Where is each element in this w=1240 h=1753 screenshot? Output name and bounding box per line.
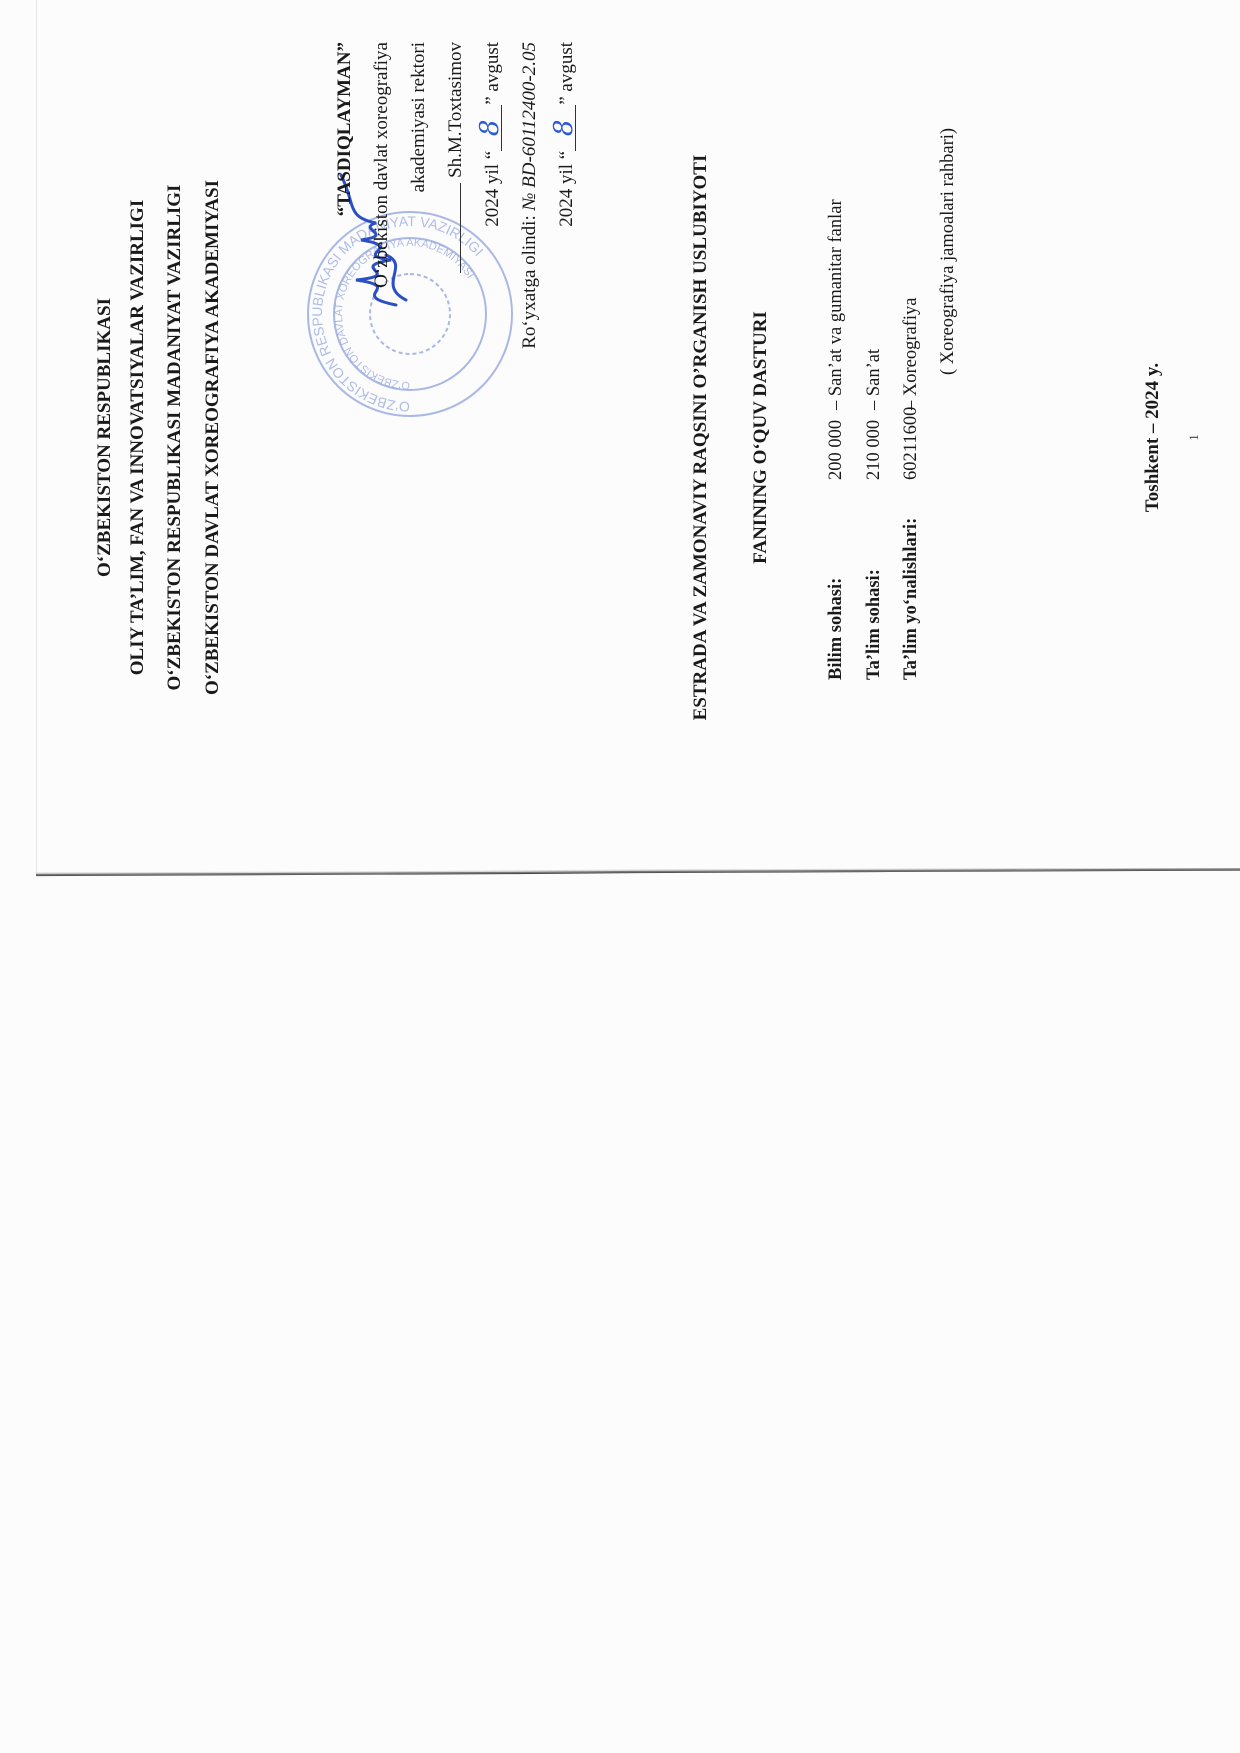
registration-line: Ro‘yxatga olindi: № BD-60112400-2.05 [511, 42, 548, 349]
registration-number: № BD-60112400-2.05 [519, 42, 540, 211]
header-country: O‘ZBEKISTON RESPUBLIKASI [94, 0, 116, 875]
page-number: 1 [1186, 0, 1202, 875]
approval-position-line1: O‘zbekiston davlat xoreografiya [363, 42, 400, 349]
approval-date: 2024 yil “8” avgust [474, 42, 511, 349]
document-page: O‘ZBEKISTON RESPUBLIKASI OLIY TA’LIM, FA… [36, 0, 1240, 875]
program-title: ESTRADA VA ZAMONAVIY RAQSINI O’RGANISH U… [690, 0, 712, 875]
field-row: Bilim sohasi:200 000– San’at va gumanita… [826, 199, 847, 680]
approval-block: “TASDIQLAYMAN” O‘zbekiston davlat xoreog… [326, 42, 585, 349]
approval-position-line2: akademiyasi rektori [400, 42, 437, 349]
header-ministry-culture: O‘ZBEKISTON RESPUBLIKASI MADANIYAT VAZIR… [164, 0, 186, 875]
registration-day-handwritten: 8 [553, 105, 576, 151]
program-subtitle: FANINING O‘QUV DASTURI [750, 0, 772, 875]
header-academy: O‘ZBEKISTON DAVLAT XOREOGRAFIYA AKADEMIY… [202, 0, 224, 875]
signature-line [460, 183, 461, 273]
page-bottom-edge [36, 868, 1240, 878]
approval-day-handwritten: 8 [479, 105, 502, 151]
approval-title: “TASDIQLAYMAN” [326, 42, 363, 349]
field-row: Ta’lim yo‘nalishlari:60211600– Xoreograf… [901, 298, 922, 681]
city-year: Toshkent – 2024 y. [1142, 0, 1164, 875]
field-row-note: ( Xoreografiya jamoalari rahbari) [938, 128, 959, 375]
header-ministry-education: OLIY TA’LIM, FAN VA INNOVATSIYALAR VAZIR… [127, 0, 149, 875]
registration-date: 2024 yil “8” avgust [548, 42, 585, 349]
approval-signer: Sh.M.Toxtasimov [445, 42, 466, 178]
field-row: Ta’lim sohasi:210 000– San’at [864, 349, 885, 680]
